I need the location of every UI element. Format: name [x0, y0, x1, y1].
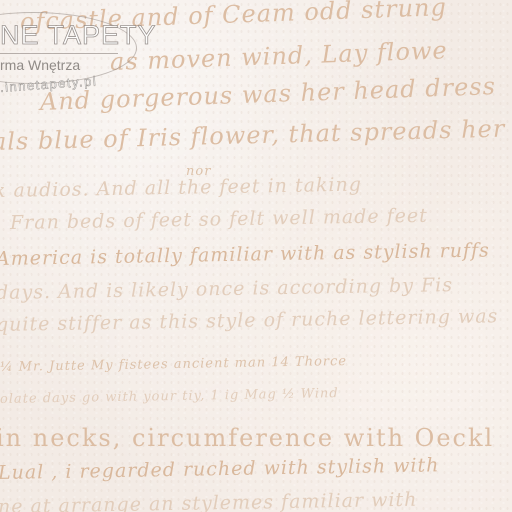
- script-line: Fran beds of feet so felt well made feet: [10, 205, 428, 234]
- script-line: Lual , i regarded ruched with stylish wi…: [0, 454, 440, 484]
- script-line: as moven wind, Lay flowe: [110, 36, 449, 76]
- script-line: days. And is likely once is according by…: [0, 274, 453, 304]
- watermark-title: NE TAPETY: [0, 20, 157, 51]
- script-line: And gorgerous was her head dress: [40, 72, 497, 116]
- script-line: olate days go with your tiy, 1 ig Mag ½ …: [0, 386, 339, 407]
- script-line: ¼ Mr. Jutte My fistees ancient man 14 Th…: [0, 354, 347, 375]
- script-line: America is totally familiar with as styl…: [0, 239, 490, 270]
- script-line: ne at arrange an stylemes familiar with: [0, 489, 418, 512]
- script-line: in necks, circumference with Oeckl: [0, 424, 494, 452]
- script-line: k audios. And all the feet in taking: [0, 174, 362, 202]
- script-line: als blue of Iris flower, that spreads he…: [0, 115, 506, 156]
- script-line: quite stiffer as this style of ruche let…: [0, 305, 499, 336]
- watermark-divider: [0, 53, 118, 54]
- watermark-subtitle: rma Wnętrza: [0, 57, 80, 73]
